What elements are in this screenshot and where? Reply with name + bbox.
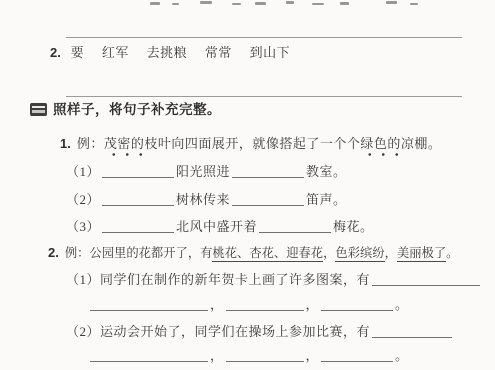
answer-blank: [372, 325, 452, 338]
answer-blank: [90, 298, 208, 311]
text-fragment: [232, 3, 241, 5]
punctuation: ，: [210, 348, 224, 363]
item-number: 1.: [60, 136, 71, 151]
divider-line-top: [66, 37, 462, 38]
example-text: 例：公园里的花都开了，有: [65, 246, 213, 260]
answer-blank: [259, 220, 331, 233]
example-text: ，: [385, 246, 397, 260]
item-number: 2.: [48, 245, 59, 260]
example-text-underlined: 美丽极了: [397, 246, 446, 262]
fill-row: （2）运动会开始了，同学们在操场上参加比赛，有: [66, 323, 454, 341]
punctuation: 。: [395, 297, 409, 312]
answer-blank: [102, 193, 174, 206]
example-text: 。: [446, 246, 458, 260]
answer-blank: [102, 165, 174, 178]
fill-row: （3）北风中盛开着梅花。: [66, 218, 374, 236]
exercise1-example: 1.例：茂密的枝叶向四面展开，就像搭起了一个个绿色的凉棚。: [60, 135, 441, 153]
row-text: 阳光照进: [176, 164, 230, 179]
answer-blank: [90, 349, 208, 362]
fill-row: （1）同学们在制作的新年贺卡上画了许多图案，有: [66, 271, 482, 289]
word-chip: 要: [71, 45, 85, 60]
text-fragment: [172, 3, 179, 5]
row-text: 同学们在制作的新年贺卡上画了许多图案，有: [100, 272, 370, 287]
answer-blank: [321, 298, 393, 311]
punctuation: ，: [210, 297, 224, 312]
text-fragment: [410, 3, 418, 5]
example-text: 枝叶向四面展开，就像搭起了一个个: [144, 136, 360, 151]
word-chip: 到山下: [250, 45, 291, 60]
example-text-emphasized: 茂密的: [104, 136, 145, 157]
exercise2-example: 2.例：公园里的花都开了，有桃花、杏花、迎春花，色彩缤纷，美丽极了。: [48, 244, 458, 262]
fill-row: （1）阳光照进教室。: [66, 163, 347, 181]
row-text: 北风中盛开着: [176, 219, 257, 234]
text-fragment: [200, 1, 212, 4]
text-fragment: [150, 2, 160, 5]
text-fragment: [255, 2, 266, 5]
answer-blank: [226, 349, 304, 362]
example-text-underlined: 色彩缤纷: [335, 246, 384, 262]
notebook-icon: [30, 103, 47, 116]
row-text: 树林传来: [176, 192, 230, 207]
continuation-blanks-row: ，，。: [88, 296, 409, 314]
section-header: 照样子，将句子补充完整。: [30, 101, 221, 119]
fill-row: （2）树林传来笛声。: [66, 191, 347, 209]
text-fragment: [286, 1, 294, 4]
example-text: ，: [323, 246, 335, 260]
answer-blank: [226, 298, 304, 311]
answer-blank: [372, 273, 480, 286]
row-text: 笛声。: [306, 192, 347, 207]
word-chip: 常常: [205, 45, 232, 60]
example-text: 凉棚。: [401, 136, 442, 151]
row-number: （3）: [66, 219, 100, 234]
word-arrange-row: 2. 要 红军 去挑粮 常常 到山下: [50, 44, 304, 62]
item-number: 2.: [50, 45, 61, 60]
text-fragment: [386, 1, 397, 4]
punctuation: ，: [306, 297, 320, 312]
row-text: 运动会开始了，同学们在操场上参加比赛，有: [100, 324, 370, 339]
row-number: （2）: [66, 324, 100, 339]
punctuation: 。: [395, 348, 409, 363]
word-chip: 去挑粮: [147, 45, 188, 60]
worksheet-page: 2. 要 红军 去挑粮 常常 到山下 照样子，将句子补充完整。 1.例：茂密的枝…: [0, 0, 495, 370]
row-text: 梅花。: [333, 219, 374, 234]
continuation-blanks-row: ，，。: [88, 347, 409, 365]
example-text-underlined: 桃花、杏花、迎春花: [212, 246, 323, 262]
punctuation: ，: [306, 348, 320, 363]
text-fragment: [340, 2, 349, 5]
answer-blank: [232, 165, 304, 178]
divider-line-section: [66, 96, 462, 97]
text-fragment: [312, 3, 324, 5]
row-number: （2）: [66, 192, 100, 207]
word-chip: 红军: [102, 45, 129, 60]
example-text: 例：: [77, 136, 104, 151]
row-number: （1）: [66, 272, 100, 287]
answer-blank: [102, 220, 174, 233]
row-number: （1）: [66, 164, 100, 179]
example-text-emphasized: 绿色的: [360, 136, 401, 157]
row-text: 教室。: [306, 164, 347, 179]
answer-blank: [321, 349, 393, 362]
answer-blank: [232, 193, 304, 206]
section-title: 照样子，将句子补充完整。: [53, 102, 221, 117]
